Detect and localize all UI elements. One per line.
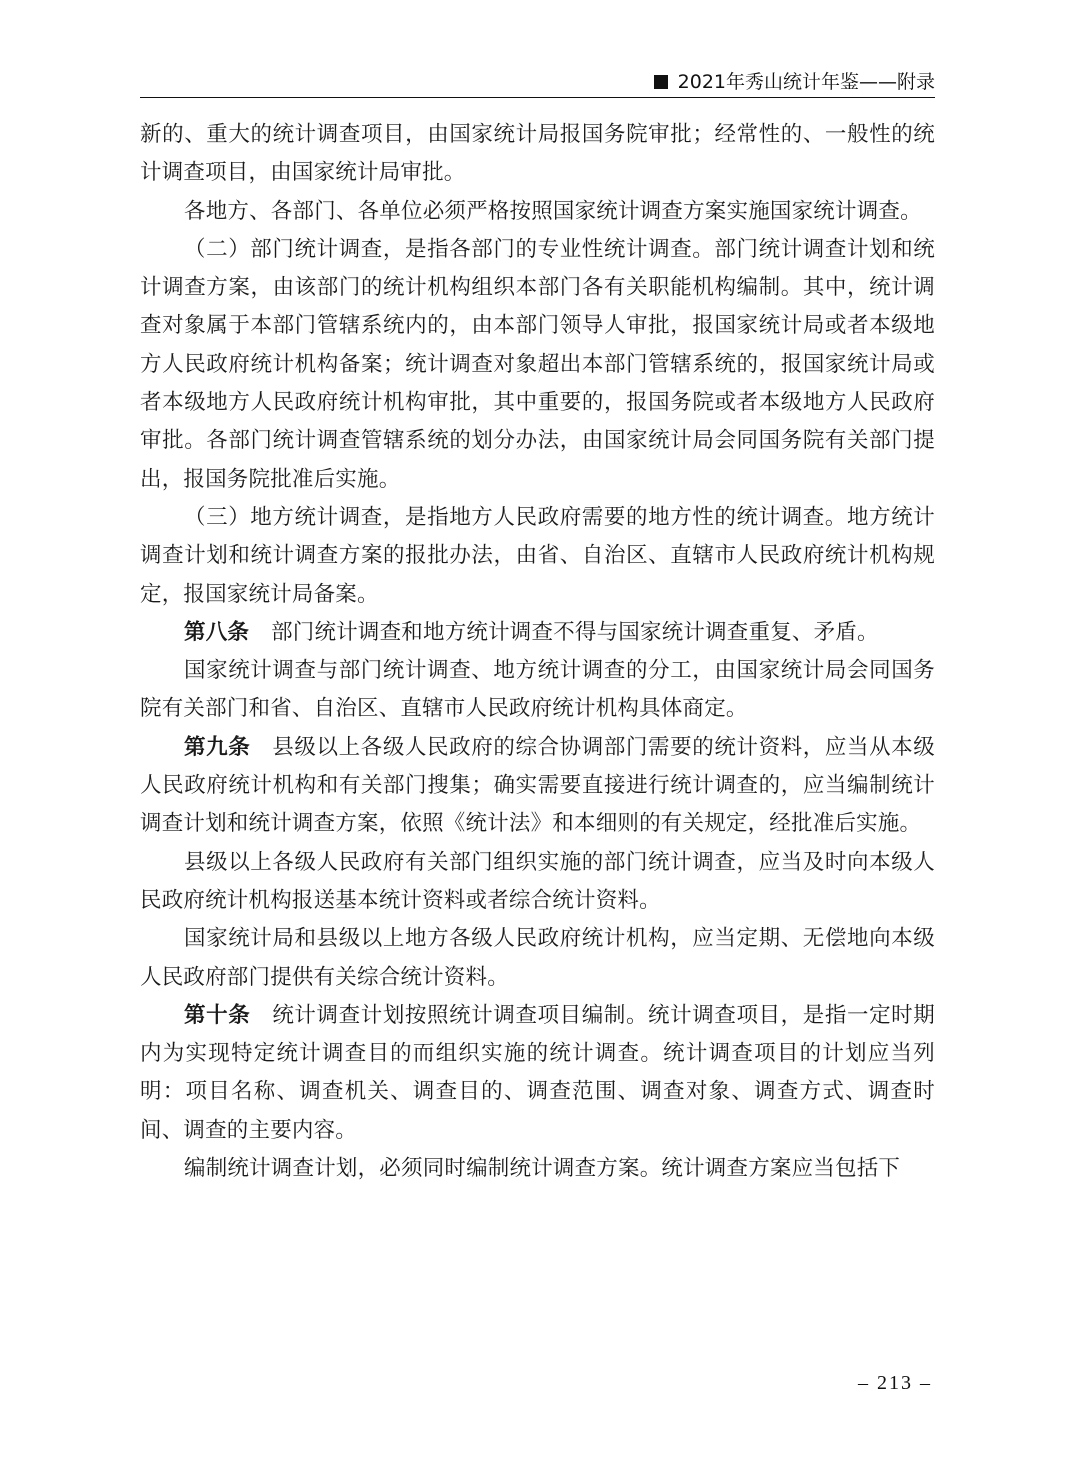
article-9: 第九条县级以上各级人民政府的综合协调部门需要的统计资料，应当从本级人民政府统计机… [140,729,935,844]
paragraph-9: 国家统计局和县级以上地方各级人民政府统计机构，应当定期、无偿地向本级人民政府部门… [140,920,935,997]
paragraph-6: 国家统计调查与部门统计调查、地方统计调查的分工，由国家统计局会同国务院有关部门和… [140,652,935,729]
paragraph-8: 县级以上各级人民政府有关部门组织实施的部门统计调查，应当及时向本级人民政府统计机… [140,844,935,921]
paragraph-text: 国家统计调查与部门统计调查、地方统计调查的分工，由国家统计局会同国务院有关部门和… [140,658,935,721]
paragraph-text: 国家统计局和县级以上地方各级人民政府统计机构，应当定期、无偿地向本级人民政府部门… [140,926,935,989]
paragraph-text: 县级以上各级人民政府有关部门组织实施的部门统计调查，应当及时向本级人民政府统计机… [140,850,935,913]
paragraph-local-survey: （三）地方统计调查，是指地方人民政府需要的地方性的统计调查。地方统计调查计划和统… [140,499,935,614]
article-label: 第九条 [184,735,250,760]
square-bullet-icon [654,75,668,89]
paragraph-text: 各地方、各部门、各单位必须严格按照国家统计调查方案实施国家统计调查。 [184,199,922,224]
document-body: 新的、重大的统计调查项目，由国家统计局报国务院审批；经常性的、一般性的统计调查项… [140,116,935,1188]
page-number: – 213 – [840,1372,950,1395]
article-label: 第十条 [184,1003,250,1028]
article-label: 第八条 [184,620,249,645]
article-8: 第八条部门统计调查和地方统计调查不得与国家统计调查重复、矛盾。 [140,614,935,652]
paragraph-11: 编制统计调查计划，必须同时编制统计调查方案。统计调查方案应当包括下 [140,1150,935,1188]
header-title: 2021年秀山统计年鉴——附录 [678,71,935,93]
header-rule [140,97,935,98]
paragraph-text: 县级以上各级人民政府的综合协调部门需要的统计资料，应当从本级人民政府统计机构和有… [140,735,935,837]
paragraph-text: （二）部门统计调查，是指各部门的专业性统计调查。部门统计调查计划和统计调查方案，… [140,237,935,492]
paragraph-departmental-survey: （二）部门统计调查，是指各部门的专业性统计调查。部门统计调查计划和统计调查方案，… [140,231,935,499]
running-header: 2021年秀山统计年鉴——附录 [140,68,935,96]
paragraph-text: 部门统计调查和地方统计调查不得与国家统计调查重复、矛盾。 [271,620,879,645]
paragraph-text: 新的、重大的统计调查项目，由国家统计局报国务院审批；经常性的、一般性的统计调查项… [140,122,935,185]
paragraph-text: （三）地方统计调查，是指地方人民政府需要的地方性的统计调查。地方统计调查计划和统… [140,505,935,607]
paragraph-1: 新的、重大的统计调查项目，由国家统计局报国务院审批；经常性的、一般性的统计调查项… [140,116,935,193]
paragraph-text: 统计调查计划按照统计调查项目编制。统计调查项目，是指一定时期内为实现特定统计调查… [140,1003,935,1143]
paragraph-text: 编制统计调查计划，必须同时编制统计调查方案。统计调查方案应当包括下 [184,1156,900,1181]
article-10: 第十条统计调查计划按照统计调查项目编制。统计调查项目，是指一定时期内为实现特定统… [140,997,935,1150]
paragraph-2: 各地方、各部门、各单位必须严格按照国家统计调查方案实施国家统计调查。 [140,193,935,231]
